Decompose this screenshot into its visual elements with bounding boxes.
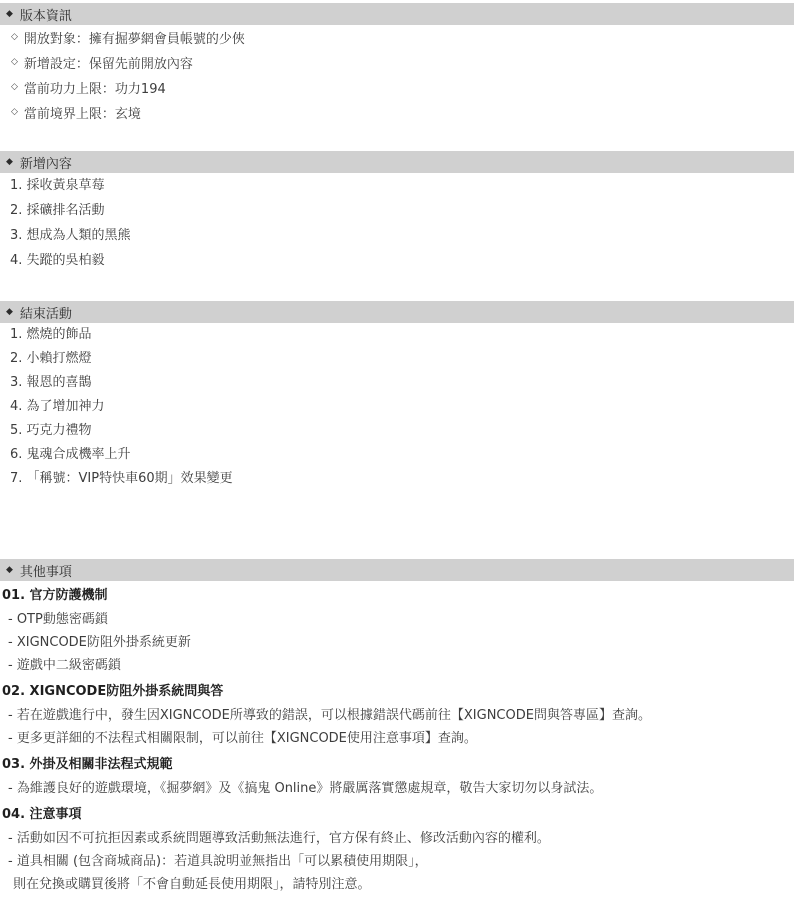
list-item: ◇ 當前境界上限：玄境	[0, 100, 794, 125]
other-item-line: - OTP動態密碼鎖	[0, 608, 794, 631]
other-item-heading-01: 01. 官方防護機制	[0, 584, 794, 608]
other-item-line: - 更多更詳細的不法程式相關限制，可以前往【XIGNCODE使用注意事項】查詢。	[0, 727, 794, 750]
other-item-heading-02: 02. XIGNCODE防阻外掛系統問與答	[0, 680, 794, 704]
section-header-other-items: ◆ 其他事項	[0, 559, 794, 581]
list-item: 3. 報恩的喜鵲	[0, 371, 794, 395]
patch-notes-document: ◆ 版本資訊 ◇ 開放對象：擁有掘夢網會員帳號的少俠 ◇ 新增設定：保留先前開放…	[0, 3, 794, 896]
other-item-line: - 活動如因不可抗拒因素或系統問題導致活動無法進行，官方保有終止、修改活動內容的…	[0, 827, 794, 850]
section-header-new-content: ◆ 新增內容	[0, 151, 794, 173]
section-header-version-info: ◆ 版本資訊	[0, 3, 794, 25]
hollow-diamond-bullet-icon: ◇	[11, 83, 18, 92]
section-title-new-content: 新增內容	[20, 153, 72, 172]
other-item-line: - XIGNCODE防阻外掛系統更新	[0, 631, 794, 654]
list-item-text: 開放對象：擁有掘夢網會員帳號的少俠	[24, 28, 245, 47]
list-item: 5. 巧克力禮物	[0, 419, 794, 443]
list-item: 7. 「稱號：VIP特快車60期」效果變更	[0, 467, 794, 491]
list-item: ◇ 新增設定：保留先前開放內容	[0, 50, 794, 75]
other-item-heading-04: 04. 注意事項	[0, 803, 794, 827]
list-item: ◇ 開放對象：擁有掘夢網會員帳號的少俠	[0, 25, 794, 50]
list-item: 4. 為了增加神力	[0, 395, 794, 419]
list-item: 4. 失蹤的吳柏毅	[0, 248, 794, 273]
hollow-diamond-bullet-icon: ◇	[11, 58, 18, 67]
list-item-text: 當前境界上限：玄境	[24, 103, 141, 122]
list-item: 3. 想成為人類的黑熊	[0, 223, 794, 248]
diamond-bullet-icon: ◆	[6, 10, 13, 19]
diamond-bullet-icon: ◆	[6, 308, 13, 317]
list-item: ◇ 當前功力上限：功力194	[0, 75, 794, 100]
other-item-line: - 若在遊戲進行中，發生因XIGNCODE所導致的錯誤，可以根據錯誤代碼前往【X…	[0, 704, 794, 727]
section-new-content: ◆ 新增內容 1. 採收黃泉草莓 2. 採礦排名活動 3. 想成為人類的黑熊 4…	[0, 151, 794, 273]
other-item-continuation-line: 則在兌換或購買後將「不會自動延長使用期限」，請特別注意。	[0, 873, 794, 896]
list-item-text: 新增設定：保留先前開放內容	[24, 53, 193, 72]
section-other-items: ◆ 其他事項 01. 官方防護機制 - OTP動態密碼鎖 - XIGNCODE防…	[0, 559, 794, 896]
section-ended-events: ◆ 結束活動 1. 燃燒的飾品 2. 小賴打燃燈 3. 報恩的喜鵲 4. 為了增…	[0, 301, 794, 491]
other-item-heading-03: 03. 外掛及相關非法程式規範	[0, 753, 794, 777]
section-title-other-items: 其他事項	[20, 561, 72, 580]
list-item-text: 當前功力上限：功力194	[24, 78, 166, 97]
diamond-bullet-icon: ◆	[6, 566, 13, 575]
hollow-diamond-bullet-icon: ◇	[11, 108, 18, 117]
section-version-info: ◆ 版本資訊 ◇ 開放對象：擁有掘夢網會員帳號的少俠 ◇ 新增設定：保留先前開放…	[0, 3, 794, 125]
hollow-diamond-bullet-icon: ◇	[11, 33, 18, 42]
other-item-line: - 為維護良好的遊戲環境，《掘夢網》及《搞鬼 Online》將嚴厲落實懲處規章，…	[0, 777, 794, 800]
list-item: 1. 燃燒的飾品	[0, 323, 794, 347]
list-item: 1. 採收黃泉草莓	[0, 173, 794, 198]
list-item: 6. 鬼魂合成機率上升	[0, 443, 794, 467]
section-title-ended-events: 結束活動	[20, 303, 72, 322]
list-item: 2. 採礦排名活動	[0, 198, 794, 223]
other-item-line: - 道具相關 (包含商城商品)：若道具說明並無指出「可以累積使用期限」，	[0, 850, 794, 873]
section-title-version-info: 版本資訊	[20, 5, 72, 24]
section-header-ended-events: ◆ 結束活動	[0, 301, 794, 323]
diamond-bullet-icon: ◆	[6, 158, 13, 167]
other-item-line: - 遊戲中二級密碼鎖	[0, 654, 794, 677]
list-item: 2. 小賴打燃燈	[0, 347, 794, 371]
